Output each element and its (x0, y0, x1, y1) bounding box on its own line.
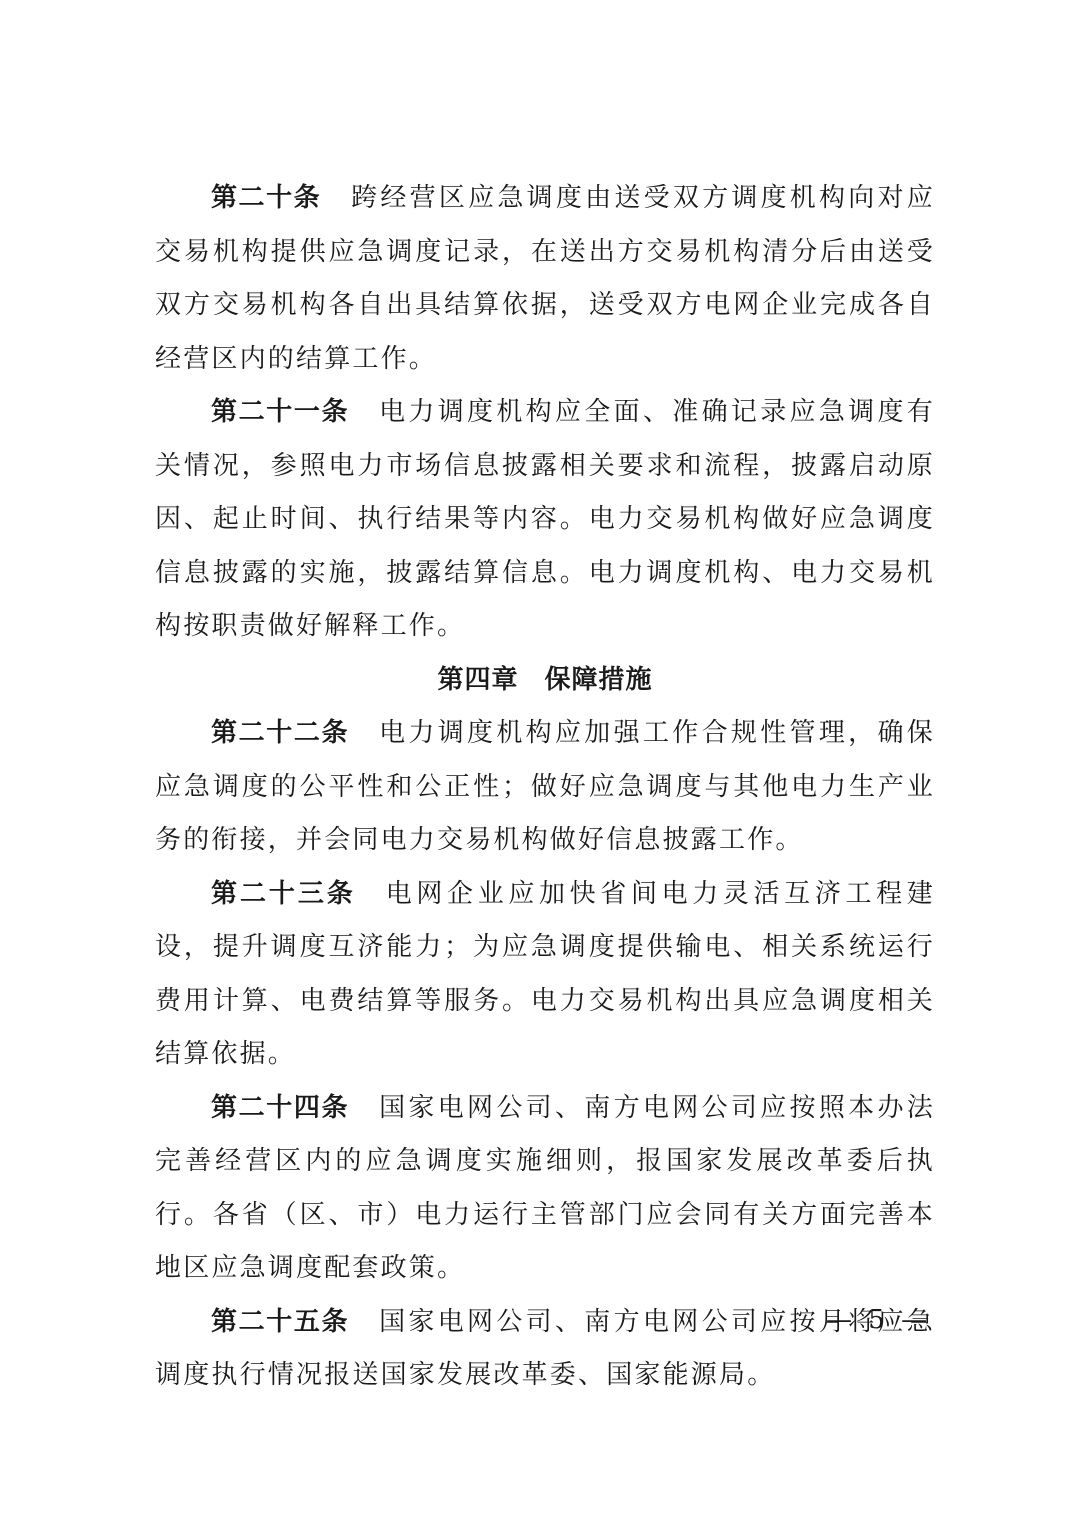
chapter-number: 第四章 (437, 665, 518, 695)
chapter-title: 保障措施 (545, 665, 653, 695)
article-label: 第二十三条 (211, 879, 356, 909)
chapter-heading: 第四章保障措施 (155, 654, 935, 708)
article-25: 第二十五条国家电网公司、南方电网公司应按月将应急调度执行情况报送国家发展改革委、… (155, 1296, 935, 1403)
article-label: 第二十五条 (211, 1307, 349, 1337)
article-21: 第二十一条电力调度机构应全面、准确记录应急调度有关情况，参照电力市场信息披露相关… (155, 386, 935, 654)
article-24: 第二十四条国家电网公司、南方电网公司应按照本办法完善经营区内的应急调度实施细则，… (155, 1082, 935, 1296)
document-page: 第二十条跨经营区应急调度由送受双方调度机构向对应交易机构提供应急调度记录，在送出… (155, 172, 935, 1403)
article-label: 第二十二条 (211, 718, 349, 748)
article-label: 第二十一条 (211, 397, 349, 427)
page-number: — 5 — (826, 1305, 931, 1335)
article-label: 第二十条 (211, 183, 321, 213)
article-22: 第二十二条电力调度机构应加强工作合规性管理，确保应急调度的公平性和公正性；做好应… (155, 707, 935, 868)
article-23: 第二十三条电网企业应加快省间电力灵活互济工程建设，提升调度互济能力；为应急调度提… (155, 868, 935, 1082)
article-20: 第二十条跨经营区应急调度由送受双方调度机构向对应交易机构提供应急调度记录，在送出… (155, 172, 935, 386)
article-label: 第二十四条 (211, 1093, 349, 1123)
article-text: 电力调度机构应全面、准确记录应急调度有关情况，参照电力市场信息披露相关要求和流程… (155, 397, 935, 641)
